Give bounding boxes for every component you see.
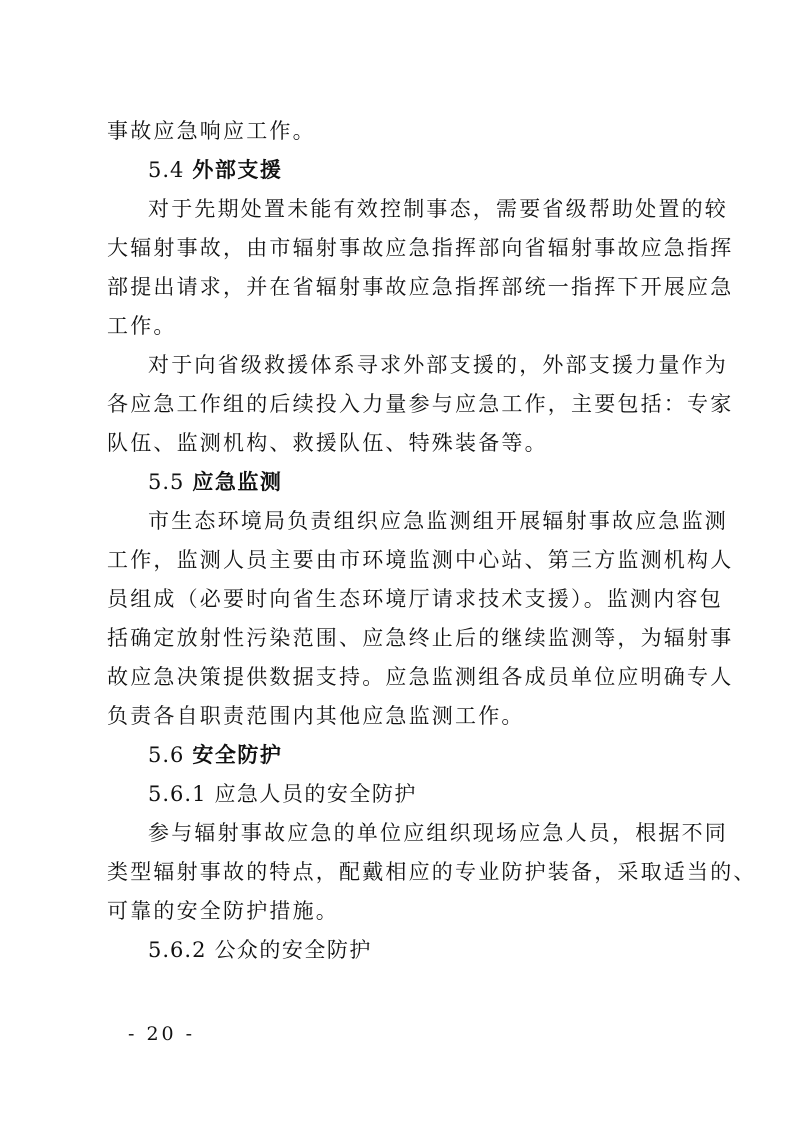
section-title: 应急人员的安全防护	[214, 782, 417, 806]
section-number: 5.5	[148, 470, 184, 494]
section-title: 外部支援	[192, 157, 282, 182]
paragraph-line: 可靠的安全防护措施。	[107, 898, 699, 924]
paragraph-line: 部提出请求，并在省辐射事故应急指挥部统一指挥下开展应急	[107, 274, 699, 300]
section-heading-5-6-1: 5.6.1应急人员的安全防护	[148, 781, 417, 807]
section-heading-5-5: 5.5应急监测	[148, 469, 282, 495]
paragraph-line: 队伍、监测机构、救援队伍、特殊装备等。	[107, 430, 699, 456]
section-title: 应急监测	[192, 469, 282, 494]
paragraph-line: 对于先期处置未能有效控制事态，需要省级帮助处置的较	[148, 196, 699, 222]
section-number: 5.6	[148, 743, 184, 767]
page-number: - 20 -	[128, 1022, 195, 1046]
document-page: 事故应急响应工作。 5.4外部支援 对于先期处置未能有效控制事态，需要省级帮助处…	[0, 0, 800, 1131]
paragraph-line: 对于向省级救援体系寻求外部支援的，外部支援力量作为	[148, 352, 699, 378]
paragraph-line: 事故应急响应工作。	[107, 118, 699, 144]
section-number: 5.4	[148, 158, 184, 182]
paragraph-line: 类型辐射事故的特点，配戴相应的专业防护装备，采取适当的、	[107, 859, 699, 885]
section-title: 公众的安全防护	[214, 938, 372, 962]
paragraph-line: 各应急工作组的后续投入力量参与应急工作，主要包括：专家	[107, 391, 699, 417]
paragraph-line: 故应急决策提供数据支持。应急监测组各成员单位应明确专人	[107, 664, 699, 690]
section-heading-5-6: 5.6安全防护	[148, 742, 282, 768]
paragraph-line: 工作。	[107, 313, 699, 339]
section-heading-5-6-2: 5.6.2公众的安全防护	[148, 937, 372, 963]
paragraph-line: 员组成（必要时向省生态环境厅请求技术支援）。监测内容包	[107, 586, 699, 612]
section-number: 5.6.2	[148, 938, 206, 962]
paragraph-line: 工作，监测人员主要由市环境监测中心站、第三方监测机构人	[107, 547, 699, 573]
paragraph-line: 负责各自职责范围内其他应急监测工作。	[107, 703, 699, 729]
section-number: 5.6.1	[148, 782, 206, 806]
paragraph-line: 括确定放射性污染范围、应急终止后的继续监测等，为辐射事	[107, 625, 699, 651]
paragraph-line: 大辐射事故，由市辐射事故应急指挥部向省辐射事故应急指挥	[107, 235, 699, 261]
paragraph-line: 市生态环境局负责组织应急监测组开展辐射事故应急监测	[148, 508, 699, 534]
section-heading-5-4: 5.4外部支援	[148, 157, 282, 183]
section-title: 安全防护	[192, 742, 282, 767]
paragraph-line: 参与辐射事故应急的单位应组织现场应急人员，根据不同	[148, 820, 699, 846]
